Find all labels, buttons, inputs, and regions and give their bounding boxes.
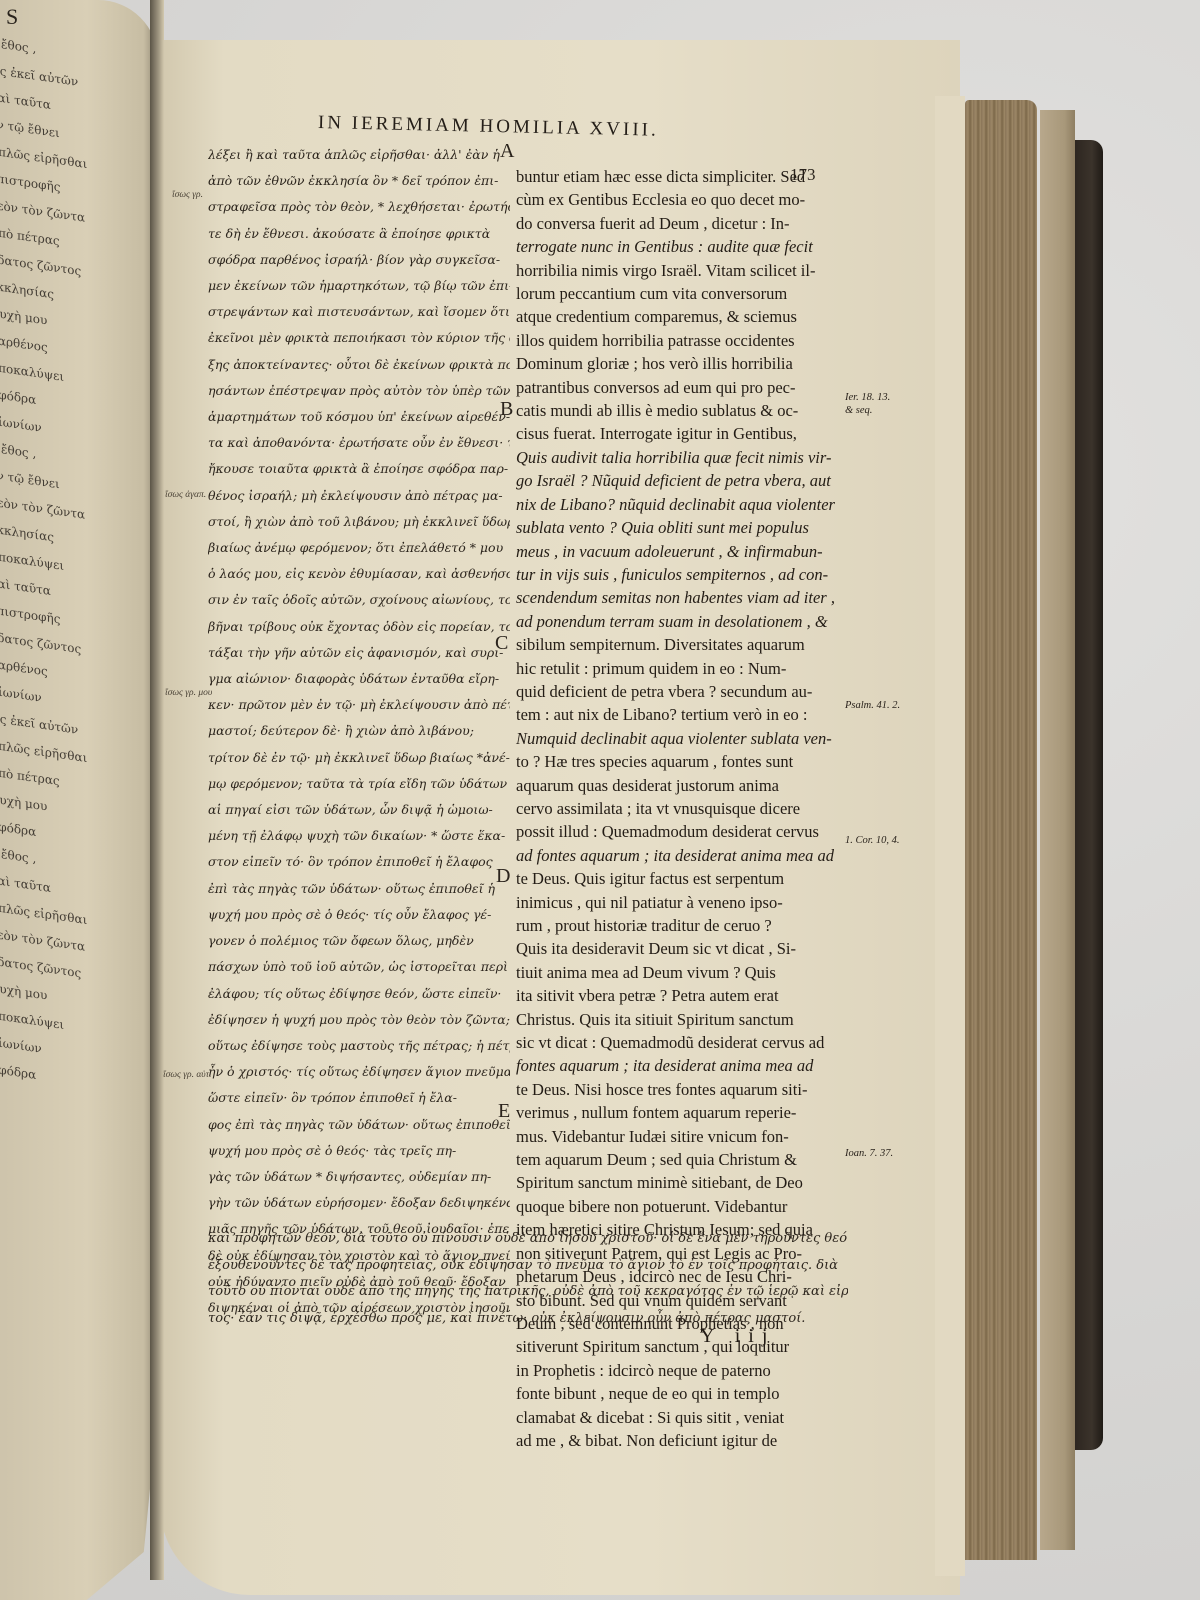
latin-line: sitiverunt Spiritum sanctum , qui loquit…: [516, 1335, 838, 1358]
latin-line: to ? Hæ tres species aquarum , fontes su…: [516, 750, 838, 773]
greek-line: ψυχή μου πρὸς σὲ ὁ θεός· τίς οὖν ἔλαφος …: [208, 902, 510, 928]
latin-line: hic retulit : primum quidem in eo : Num-: [516, 657, 838, 680]
greek-line: τα καὶ ἀποθανόντα· ἐρωτήσατε οὖν ἐν ἔθνε…: [208, 430, 510, 456]
greek-line: ἁμαρτημάτων τοῦ κόσμου ὑπ' ἐκείνων αἱρεθ…: [208, 404, 510, 430]
latin-line: fontes aquarum ; ita desiderat anima mea…: [516, 1054, 838, 1077]
greek-line: σιν ἐν ταῖς ὁδοῖς αὐτῶν, σχοίνους αἰωνίο…: [208, 587, 510, 613]
greek-line: ησάντων ἐπέστρεψαν πρὸς αὐτὸν τὸν ὑπὲρ τ…: [208, 378, 510, 404]
margin-note-left: ἴσως γρ.: [172, 190, 203, 200]
greek-line: μαστοί; δεύτερον δὲ· ἢ χιὼν ἀπὸ λιβάνου;: [208, 718, 510, 744]
greek-line: αἱ πηγαί εἰσι τῶν ὑδάτων, ὧν διψᾷ ἡ ὡμοι…: [208, 797, 510, 823]
latin-line: Spiritum sanctum minimè sitiebant, de De…: [516, 1171, 838, 1194]
greek-line: ἀπὸ τῶν ἐθνῶν ἐκκλησία ὃν * δεῖ τρόπον ἐ…: [208, 168, 510, 194]
latin-line: tem aquarum Deum ; sed quia Christum &: [516, 1148, 838, 1171]
greek-line: γὰς τῶν ὑδάτων * διψήσαντες, οὐδεμίαν πη…: [208, 1164, 510, 1190]
latin-line: atque credentium comparemus, & sciemus: [516, 305, 838, 328]
greek-line: οὕτως ἐδίψησε τοὺς μαστοὺς τῆς πέτρας; ἡ…: [208, 1033, 510, 1059]
latin-line: ad ponendum terram suam in desolationem …: [516, 610, 838, 633]
greek-line: γὴν τῶν ὑδάτων εὑρήσομεν· ἔδοξαν δεδιψηκ…: [208, 1190, 510, 1216]
margin-note-left: ἴσως γρ. μου: [165, 688, 212, 698]
left-page-text: ὁ ἔθος , ὡς ἐκεῖ αὐτῶν καὶ ταῦτα ἐν τῷ ἔ…: [0, 40, 140, 1093]
right-page-margin: [935, 96, 965, 1576]
margin-note-right: Ioan. 7. 37.: [845, 1148, 893, 1159]
section-letter-b: B: [500, 398, 513, 421]
margin-note-right: Ier. 18. 13.: [845, 392, 890, 403]
latin-line: quid deficient de petra vbera ? secundum…: [516, 680, 838, 703]
section-letter-d: D: [496, 865, 510, 888]
book-binding: [1075, 140, 1103, 1450]
greek-line: ἐδίψησεν ἡ ψυχή μου πρὸς τὸν θεὸν τὸν ζῶ…: [208, 1007, 510, 1033]
latin-line: tur in vijs suis , funiculos sempiternos…: [516, 563, 838, 586]
greek-line: ξης ἀποκτείναντες· οὗτοι δὲ ἐκείνων φρικ…: [208, 352, 510, 378]
latin-line: Quis ita desideravit Deum sic vt dicat ,…: [516, 937, 838, 960]
latin-line: tiuit anima mea ad Deum vivum ? Quis: [516, 961, 838, 984]
latin-line: cervo assimilata ; ita vt vnusquisque di…: [516, 797, 838, 820]
latin-line: catis mundi ab illis è medio sublatus & …: [516, 399, 838, 422]
greek-line: στοί, ἢ χιὼν ἀπὸ τοῦ λιβάνου; μὴ ἐκκλινε…: [208, 509, 510, 535]
greek-line: μεν ἐκείνων τῶν ἡμαρτηκότων, τῷ βίῳ τῶν …: [208, 273, 510, 299]
latin-line: patrantibus conversos ad eum qui pro pec…: [516, 376, 838, 399]
latin-line: ita sitivit vbera petræ ? Petra autem er…: [516, 984, 838, 1007]
latin-line: lorum peccantium cum vita conversorum: [516, 282, 838, 305]
latin-line: cùm ex Gentibus Ecclesia eo quo decet mo…: [516, 188, 838, 211]
greek-line: στρεψάντων καὶ πιστευσάντων, καὶ ἴσομεν …: [208, 299, 510, 325]
greek-line: ὁ λαός μου, εἰς κενὸν ἐθυμίασαν, καὶ ἀσθ…: [208, 561, 510, 587]
greek-line: πάσχων ὑπὸ τοῦ ἰοῦ αὐτῶν, ὡς ἱστορεῖται …: [208, 954, 510, 980]
latin-line: verimus , nullum fontem aquarum reperie-: [516, 1101, 838, 1124]
latin-line: sublata vento ? Quia obliti sunt mei pop…: [516, 516, 838, 539]
margin-note-right: & seq.: [845, 405, 872, 416]
latin-line: Dominum gloriæ ; hos verò illis horribil…: [516, 352, 838, 375]
greek-line: ψυχή μου πρὸς σὲ ὁ θεός· τὰς τρεῖς πη-: [208, 1138, 510, 1164]
left-page-verso: S ὁ ἔθος , ὡς ἐκεῖ αὐτῶν καὶ ταῦτα ἐν τῷ…: [0, 0, 158, 1600]
signature-mark: Y iij: [700, 1325, 775, 1348]
greek-line: γονεν ὁ πολέμιος τῶν ὄφεων ὅλως, μηδὲν: [208, 928, 510, 954]
greek-line: ἐλάφου; τίς οὕτως ἐδίψησε θεόν, ὥστε εἰπ…: [208, 981, 510, 1007]
latin-line: scendendum semitas non habentes viam ad …: [516, 586, 838, 609]
latin-line: buntur etiam hæc esse dicta simpliciter.…: [516, 165, 838, 188]
greek-line: τε δὴ ἐν ἔθνεσι. ἀκούσατε ἃ ἐποίησε φρικ…: [208, 221, 510, 247]
section-letter-c: C: [495, 632, 508, 655]
latin-line: in Prophetis : idcircò neque de paterno: [516, 1359, 838, 1382]
latin-line: illos quidem horribilia patrasse occiden…: [516, 329, 838, 352]
greek-line: ὥστε εἰπεῖν· ὃν τρόπον ἐπιποθεῖ ἡ ἔλα-: [208, 1085, 510, 1111]
greek-line: βῆναι τρίβους οὐκ ἔχοντας ὁδὸν εἰς πορεί…: [208, 614, 510, 640]
greek-line: ἐκεῖνοι μὲν φρικτὰ πεποιήκασι τὸν κύριον…: [208, 325, 510, 351]
latin-line: Quis audivit talia horribilia quæ fecit …: [516, 446, 838, 469]
section-letter-e: E: [498, 1100, 510, 1123]
latin-line: Christus. Quis ita sitiuit Spiritum sanc…: [516, 1008, 838, 1031]
book-fore-edge: [965, 100, 1037, 1560]
latin-line: sic vt dicat : Quemadmodũ desiderat cerv…: [516, 1031, 838, 1054]
latin-line: meus , in vacuum adoleuerunt , & infirma…: [516, 540, 838, 563]
latin-line: quoque bibere non potuerunt. Videbantur: [516, 1195, 838, 1218]
greek-line: ἐξουθενοῦντες δὲ τὰς προφητείας, οὐκ ἐδί…: [208, 1253, 848, 1280]
greek-line: ἐπὶ τὰς πηγὰς τῶν ὑδάτων· οὕτως ἐπιποθεῖ…: [208, 876, 510, 902]
greek-full-width-text: καὶ προφητῶν θεόν, διὰ τοῦτο οὐ πίνουσιν…: [208, 1226, 848, 1332]
greek-line: τρίτον δὲ ἐν τῷ· μὴ ἐκκλινεῖ ὕδωρ βιαίως…: [208, 745, 510, 771]
latin-line: sibilum sempiternum. Diversitates aquaru…: [516, 633, 838, 656]
greek-line: ἦν ὁ χριστός· τίς οὕτως ἐδίψησεν ἅγιον π…: [208, 1059, 510, 1085]
latin-line: te Deus. Quis igitur factus est serpentu…: [516, 867, 838, 890]
book-page-block: [1040, 110, 1075, 1550]
greek-line: λέξει ἢ καὶ ταῦτα ἁπλῶς εἰρῆσθαι· ἀλλ' ἐ…: [208, 142, 510, 168]
latin-line: cisus fuerat. Interrogate igitur in Gent…: [516, 422, 838, 445]
margin-note-right: 1. Cor. 10, 4.: [845, 835, 900, 846]
greek-line: στραφεῖσα πρὸς τὸν θεὸν, * λεχθήσεται· ἐ…: [208, 194, 510, 220]
section-letter-a: A: [500, 140, 514, 163]
latin-line: rum , prout historiæ traditur de ceruo ?: [516, 914, 838, 937]
greek-line: σφόδρα παρθένος ἰσραήλ· βίον γὰρ συγκεῖσ…: [208, 247, 510, 273]
greek-line: καὶ προφητῶν θεόν, διὰ τοῦτο οὐ πίνουσιν…: [208, 1226, 848, 1253]
greek-line: μῳ φερόμενον; ταῦτα τὰ τρία εἴδη τῶν ὑδά…: [208, 771, 510, 797]
latin-line: Numquid declinabit aqua violenter sublat…: [516, 727, 838, 750]
latin-line: go Israël ? Nũquid deficient de petra vb…: [516, 469, 838, 492]
latin-line: possit illud : Quemadmodum desiderat cer…: [516, 820, 838, 843]
greek-line: γμα αἰώνιον· διαφορὰς ὑδάτων ἐνταῦθα εἴρ…: [208, 666, 510, 692]
greek-line: ἤκουσε τοιαῦτα φρικτὰ ἃ ἐποίησε σφόδρα π…: [208, 456, 510, 482]
margin-note-left: ἴσως γρ. αὐτ.: [163, 1070, 211, 1080]
greek-line: κεν· πρῶτον μὲν ἐν τῷ· μὴ ἐκλείψουσιν ἀπ…: [208, 692, 510, 718]
latin-line: inimicus , qui nil patiatur à veneno ips…: [516, 891, 838, 914]
book-gutter: [150, 0, 164, 1580]
latin-line: clamabat & dicebat : Si quis sitit , ven…: [516, 1406, 838, 1429]
greek-line: θένος ἰσραήλ; μὴ ἐκλείψουσιν ἀπὸ πέτρας …: [208, 483, 510, 509]
latin-line: terrogate nunc in Gentibus : audite quæ …: [516, 235, 838, 258]
greek-line: βιαίως ἀνέμῳ φερόμενον; ὅτι ἐπελάθετό * …: [208, 535, 510, 561]
greek-line: τάξαι τὴν γῆν αὐτῶν εἰς ἀφανισμόν, καὶ σ…: [208, 640, 510, 666]
latin-line: te Deus. Nisi hosce tres fontes aquarum …: [516, 1078, 838, 1101]
margin-note-left: ἴσως ἀγαπ.: [165, 490, 206, 500]
latin-line: do conversa fuerit ad Deum , dicetur : I…: [516, 212, 838, 235]
greek-line: φος ἐπὶ τὰς πηγὰς τῶν ὑδάτων· οὕτως ἐπιπ…: [208, 1112, 510, 1138]
margin-note-right: Psalm. 41. 2.: [845, 700, 900, 711]
latin-line: ad me , & bibat. Non deficiunt igitur de: [516, 1429, 838, 1452]
latin-line: fonte bibunt , neque de eo qui in templo: [516, 1382, 838, 1405]
greek-line: μένη τῇ ἐλάφῳ ψυχὴ τῶν δικαίων· * ὥστε ἕ…: [208, 823, 510, 849]
greek-line: στον εἰπεῖν τό· ὃν τρόπον ἐπιποθεῖ ἡ ἔλα…: [208, 849, 510, 875]
left-page-corner-letter: S: [6, 4, 18, 30]
latin-line: tem : aut nix de Libano? tertium verò in…: [516, 703, 838, 726]
greek-text-column: λέξει ἢ καὶ ταῦτα ἁπλῶς εἰρῆσθαι· ἀλλ' ἐ…: [208, 142, 510, 1321]
latin-line: aquarum quas desiderat justorum anima: [516, 774, 838, 797]
latin-line: mus. Videbantur Iudæi sitire vnicum fon-: [516, 1125, 838, 1148]
greek-line: τοῦτο οὐ πίονται οὐδὲ ἀπὸ τῆς πηγῆς τῆς …: [208, 1279, 848, 1306]
latin-line: nix de Libano? nũquid declinabit aqua vi…: [516, 493, 838, 516]
latin-line: ad fontes aquarum ; ita desiderat anima …: [516, 844, 838, 867]
latin-line: horribilia nimis virgo Israël. Vitam sci…: [516, 259, 838, 282]
